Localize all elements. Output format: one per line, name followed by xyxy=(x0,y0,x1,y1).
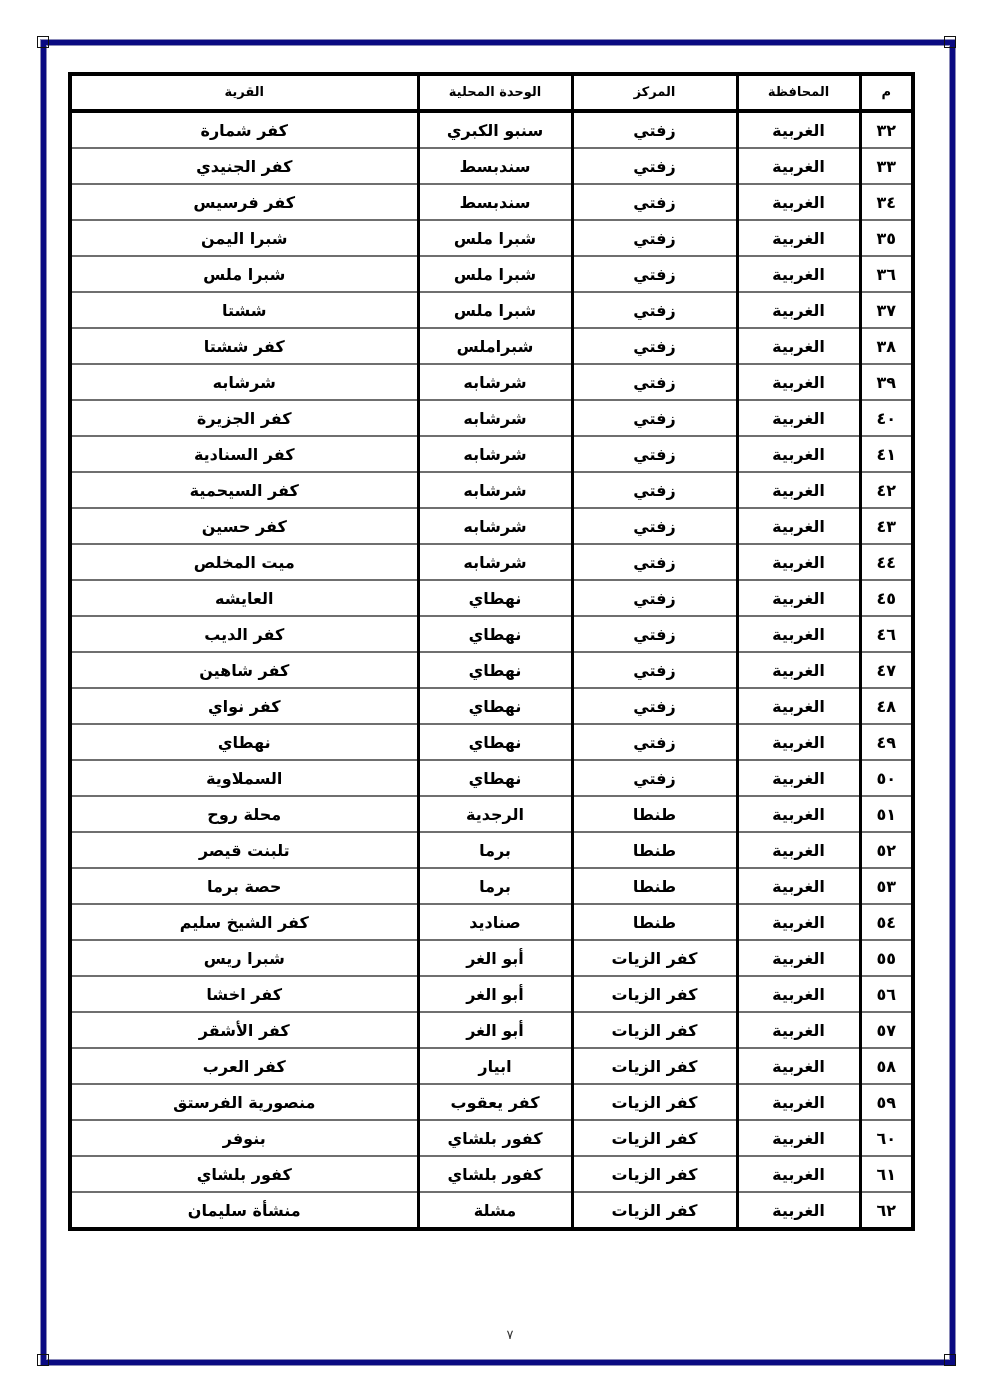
cell-num: ٥٤ xyxy=(860,904,913,940)
cell-center: زفتي xyxy=(572,580,737,616)
cell-num: ٤٩ xyxy=(860,724,913,760)
table-row: ٥١الغربيةطنطاالرجديةمحلة روح xyxy=(70,796,913,832)
table-row: ٥٨الغربيةكفر الزياتابياركفر العرب xyxy=(70,1048,913,1084)
cell-governorate: الغربية xyxy=(737,292,860,328)
table-row: ٦٢الغربيةكفر الزياتمشلةمنشأة سليمان xyxy=(70,1192,913,1229)
cell-village: كفور بلشاي xyxy=(70,1156,418,1192)
cell-num: ٥٦ xyxy=(860,976,913,1012)
cell-center: زفتي xyxy=(572,724,737,760)
cell-governorate: الغربية xyxy=(737,616,860,652)
border-corner-ornament xyxy=(37,1354,49,1366)
cell-num: ٣٣ xyxy=(860,148,913,184)
cell-governorate: الغربية xyxy=(737,976,860,1012)
cell-center: زفتي xyxy=(572,760,737,796)
table-row: ٥٦الغربيةكفر الزياتأبو الغركفر اخشا xyxy=(70,976,913,1012)
header-village: القرية xyxy=(70,74,418,111)
cell-local-unit: سندبسط xyxy=(418,148,572,184)
cell-local-unit: شبرا ملس xyxy=(418,220,572,256)
cell-village: كفر نواي xyxy=(70,688,418,724)
table-row: ٥٩الغربيةكفر الزياتكفر يعقوبمنصورية الفر… xyxy=(70,1084,913,1120)
cell-local-unit: برما xyxy=(418,832,572,868)
cell-num: ٦٠ xyxy=(860,1120,913,1156)
table-row: ٤٧الغربيةزفتينهطايكفر شاهين xyxy=(70,652,913,688)
cell-local-unit: نهطاي xyxy=(418,580,572,616)
cell-governorate: الغربية xyxy=(737,328,860,364)
cell-governorate: الغربية xyxy=(737,688,860,724)
cell-local-unit: برما xyxy=(418,868,572,904)
cell-center: زفتي xyxy=(572,508,737,544)
cell-center: زفتي xyxy=(572,220,737,256)
cell-governorate: الغربية xyxy=(737,652,860,688)
cell-num: ٥٣ xyxy=(860,868,913,904)
border-corner-ornament xyxy=(37,36,49,48)
cell-village: كفر العرب xyxy=(70,1048,418,1084)
header-local-unit: الوحدة المحلية xyxy=(418,74,572,111)
cell-center: طنطا xyxy=(572,832,737,868)
table-row: ٥٠الغربيةزفتينهطايالسملاوية xyxy=(70,760,913,796)
cell-num: ٦٢ xyxy=(860,1192,913,1229)
cell-governorate: الغربية xyxy=(737,1120,860,1156)
table-row: ٣٧الغربيةزفتيشبرا ملسششتا xyxy=(70,292,913,328)
cell-num: ٣٥ xyxy=(860,220,913,256)
cell-village: كفر ششتا xyxy=(70,328,418,364)
cell-governorate: الغربية xyxy=(737,1012,860,1048)
table-row: ٣٥الغربيةزفتيشبرا ملسشبرا اليمن xyxy=(70,220,913,256)
cell-governorate: الغربية xyxy=(737,400,860,436)
cell-local-unit: نهطاي xyxy=(418,652,572,688)
cell-governorate: الغربية xyxy=(737,796,860,832)
cell-local-unit: كفور بلشاي xyxy=(418,1156,572,1192)
cell-governorate: الغربية xyxy=(737,1048,860,1084)
cell-num: ٥٧ xyxy=(860,1012,913,1048)
cell-center: زفتي xyxy=(572,328,737,364)
cell-local-unit: نهطاي xyxy=(418,688,572,724)
cell-local-unit: شبراملس xyxy=(418,328,572,364)
cell-village: منصورية الفرستق xyxy=(70,1084,418,1120)
cell-local-unit: شبرا ملس xyxy=(418,256,572,292)
cell-num: ٤٥ xyxy=(860,580,913,616)
cell-num: ٤٦ xyxy=(860,616,913,652)
cell-governorate: الغربية xyxy=(737,904,860,940)
cell-num: ٤١ xyxy=(860,436,913,472)
cell-center: زفتي xyxy=(572,688,737,724)
cell-center: كفر الزيات xyxy=(572,1048,737,1084)
cell-governorate: الغربية xyxy=(737,436,860,472)
cell-center: زفتي xyxy=(572,184,737,220)
table-row: ٤٣الغربيةزفتيشرشابهكفر حسين xyxy=(70,508,913,544)
cell-num: ٥٩ xyxy=(860,1084,913,1120)
cell-governorate: الغربية xyxy=(737,544,860,580)
cell-governorate: الغربية xyxy=(737,760,860,796)
villages-table: م المحافظة المركز الوحدة المحلية القرية … xyxy=(68,72,915,1231)
cell-village: ميت المخلص xyxy=(70,544,418,580)
cell-village: حصة برما xyxy=(70,868,418,904)
table-row: ٤٥الغربيةزفتينهطايالعايشه xyxy=(70,580,913,616)
table-row: ٥٥الغربيةكفر الزياتأبو الغرشبرا ريس xyxy=(70,940,913,976)
cell-governorate: الغربية xyxy=(737,184,860,220)
table-row: ٣٣الغربيةزفتيسندبسطكفر الجنيدي xyxy=(70,148,913,184)
header-governorate: المحافظة xyxy=(737,74,860,111)
cell-center: كفر الزيات xyxy=(572,940,737,976)
cell-governorate: الغربية xyxy=(737,940,860,976)
page-number: ٧ xyxy=(500,1328,520,1343)
border-corner-ornament xyxy=(944,1354,956,1366)
table-header-row: م المحافظة المركز الوحدة المحلية القرية xyxy=(70,74,913,111)
cell-village: كفر شمارة xyxy=(70,111,418,148)
cell-village: شرشابه xyxy=(70,364,418,400)
table-row: ٤٨الغربيةزفتينهطايكفر نواي xyxy=(70,688,913,724)
table-row: ٤٦الغربيةزفتينهطايكفر الديب xyxy=(70,616,913,652)
table-row: ٤٢الغربيةزفتيشرشابهكفر السيحمية xyxy=(70,472,913,508)
cell-governorate: الغربية xyxy=(737,508,860,544)
cell-local-unit: صناديد xyxy=(418,904,572,940)
cell-village: محلة روح xyxy=(70,796,418,832)
cell-local-unit: شرشابه xyxy=(418,472,572,508)
cell-num: ٣٨ xyxy=(860,328,913,364)
cell-village: تلبنت قيصر xyxy=(70,832,418,868)
cell-num: ٥١ xyxy=(860,796,913,832)
cell-local-unit: أبو الغر xyxy=(418,976,572,1012)
cell-num: ٥٥ xyxy=(860,940,913,976)
cell-local-unit: أبو الغر xyxy=(418,940,572,976)
table-row: ٣٩الغربيةزفتيشرشابهشرشابه xyxy=(70,364,913,400)
cell-local-unit: سندبسط xyxy=(418,184,572,220)
cell-village: كفر فرسيس xyxy=(70,184,418,220)
cell-center: زفتي xyxy=(572,111,737,148)
table-row: ٣٦الغربيةزفتيشبرا ملسشبرا ملس xyxy=(70,256,913,292)
cell-governorate: الغربية xyxy=(737,1192,860,1229)
cell-center: كفر الزيات xyxy=(572,1120,737,1156)
cell-village: العايشه xyxy=(70,580,418,616)
cell-local-unit: نهطاي xyxy=(418,760,572,796)
cell-num: ٣٩ xyxy=(860,364,913,400)
cell-num: ٤٣ xyxy=(860,508,913,544)
cell-center: طنطا xyxy=(572,904,737,940)
cell-center: كفر الزيات xyxy=(572,976,737,1012)
cell-num: ٤٠ xyxy=(860,400,913,436)
cell-village: شبرا ملس xyxy=(70,256,418,292)
cell-village: كفر السيحمية xyxy=(70,472,418,508)
table-row: ٣٢الغربيةزفتيسنبو الكبريكفر شمارة xyxy=(70,111,913,148)
cell-governorate: الغربية xyxy=(737,256,860,292)
table-row: ٦١الغربيةكفر الزياتكفور بلشايكفور بلشاي xyxy=(70,1156,913,1192)
cell-governorate: الغربية xyxy=(737,148,860,184)
cell-num: ٣٤ xyxy=(860,184,913,220)
table-row: ٥٣الغربيةطنطابرماحصة برما xyxy=(70,868,913,904)
cell-center: زفتي xyxy=(572,400,737,436)
cell-village: كفر الجنيدي xyxy=(70,148,418,184)
header-center: المركز xyxy=(572,74,737,111)
table-row: ٥٤الغربيةطنطاصناديدكفر الشيخ سليم xyxy=(70,904,913,940)
cell-governorate: الغربية xyxy=(737,220,860,256)
cell-village: السملاوية xyxy=(70,760,418,796)
cell-village: بنوفر xyxy=(70,1120,418,1156)
cell-local-unit: ابيار xyxy=(418,1048,572,1084)
cell-governorate: الغربية xyxy=(737,868,860,904)
table-row: ٣٨الغربيةزفتيشبراملسكفر ششتا xyxy=(70,328,913,364)
cell-local-unit: نهطاي xyxy=(418,724,572,760)
cell-governorate: الغربية xyxy=(737,1156,860,1192)
cell-village: منشأة سليمان xyxy=(70,1192,418,1229)
cell-local-unit: كفر يعقوب xyxy=(418,1084,572,1120)
cell-village: كفر السنادية xyxy=(70,436,418,472)
table-row: ٤٩الغربيةزفتينهطاينهطاي xyxy=(70,724,913,760)
cell-local-unit: كفور بلشاي xyxy=(418,1120,572,1156)
cell-local-unit: الرجدية xyxy=(418,796,572,832)
cell-center: زفتي xyxy=(572,256,737,292)
table-row: ٤١الغربيةزفتيشرشابهكفر السنادية xyxy=(70,436,913,472)
cell-center: زفتي xyxy=(572,544,737,580)
cell-governorate: الغربية xyxy=(737,724,860,760)
cell-local-unit: شرشابه xyxy=(418,400,572,436)
cell-village: كفر الديب xyxy=(70,616,418,652)
table-body: ٣٢الغربيةزفتيسنبو الكبريكفر شمارة٣٣الغرب… xyxy=(70,111,913,1229)
cell-governorate: الغربية xyxy=(737,832,860,868)
cell-num: ٣٧ xyxy=(860,292,913,328)
cell-local-unit: أبو الغر xyxy=(418,1012,572,1048)
cell-center: طنطا xyxy=(572,796,737,832)
cell-village: كفر الأشقر xyxy=(70,1012,418,1048)
cell-village: كفر اخشا xyxy=(70,976,418,1012)
cell-village: كفر شاهين xyxy=(70,652,418,688)
cell-local-unit: شرشابه xyxy=(418,436,572,472)
cell-village: شبرا اليمن xyxy=(70,220,418,256)
cell-local-unit: شرشابه xyxy=(418,508,572,544)
cell-center: كفر الزيات xyxy=(572,1084,737,1120)
table-row: ٦٠الغربيةكفر الزياتكفور بلشايبنوفر xyxy=(70,1120,913,1156)
cell-local-unit: شبرا ملس xyxy=(418,292,572,328)
cell-village: نهطاي xyxy=(70,724,418,760)
cell-center: كفر الزيات xyxy=(572,1012,737,1048)
cell-governorate: الغربية xyxy=(737,472,860,508)
cell-center: كفر الزيات xyxy=(572,1156,737,1192)
cell-num: ٤٧ xyxy=(860,652,913,688)
cell-center: طنطا xyxy=(572,868,737,904)
cell-num: ٥٨ xyxy=(860,1048,913,1084)
cell-village: كفر الشيخ سليم xyxy=(70,904,418,940)
table-row: ٥٢الغربيةطنطابرماتلبنت قيصر xyxy=(70,832,913,868)
cell-local-unit: نهطاي xyxy=(418,616,572,652)
cell-local-unit: مشلة xyxy=(418,1192,572,1229)
cell-num: ٤٢ xyxy=(860,472,913,508)
cell-num: ٥٢ xyxy=(860,832,913,868)
table-row: ٤٠الغربيةزفتيشرشابهكفر الجزيرة xyxy=(70,400,913,436)
cell-center: زفتي xyxy=(572,616,737,652)
cell-num: ٣٦ xyxy=(860,256,913,292)
cell-village: كفر الجزيرة xyxy=(70,400,418,436)
table-row: ٣٤الغربيةزفتيسندبسطكفر فرسيس xyxy=(70,184,913,220)
cell-village: شبرا ريس xyxy=(70,940,418,976)
border-corner-ornament xyxy=(944,36,956,48)
cell-governorate: الغربية xyxy=(737,111,860,148)
cell-center: زفتي xyxy=(572,436,737,472)
cell-governorate: الغربية xyxy=(737,580,860,616)
cell-village: ششتا xyxy=(70,292,418,328)
cell-governorate: الغربية xyxy=(737,364,860,400)
cell-governorate: الغربية xyxy=(737,1084,860,1120)
cell-village: كفر حسين xyxy=(70,508,418,544)
cell-num: ٥٠ xyxy=(860,760,913,796)
cell-center: زفتي xyxy=(572,652,737,688)
cell-center: كفر الزيات xyxy=(572,1192,737,1229)
cell-local-unit: شرشابه xyxy=(418,544,572,580)
header-num: م xyxy=(860,74,913,111)
cell-center: زفتي xyxy=(572,148,737,184)
cell-center: زفتي xyxy=(572,472,737,508)
cell-num: ٦١ xyxy=(860,1156,913,1192)
cell-num: ٤٨ xyxy=(860,688,913,724)
cell-local-unit: شرشابه xyxy=(418,364,572,400)
cell-local-unit: سنبو الكبري xyxy=(418,111,572,148)
cell-center: زفتي xyxy=(572,292,737,328)
cell-num: ٣٢ xyxy=(860,111,913,148)
cell-num: ٤٤ xyxy=(860,544,913,580)
cell-center: زفتي xyxy=(572,364,737,400)
table-row: ٤٤الغربيةزفتيشرشابهميت المخلص xyxy=(70,544,913,580)
table-row: ٥٧الغربيةكفر الزياتأبو الغركفر الأشقر xyxy=(70,1012,913,1048)
